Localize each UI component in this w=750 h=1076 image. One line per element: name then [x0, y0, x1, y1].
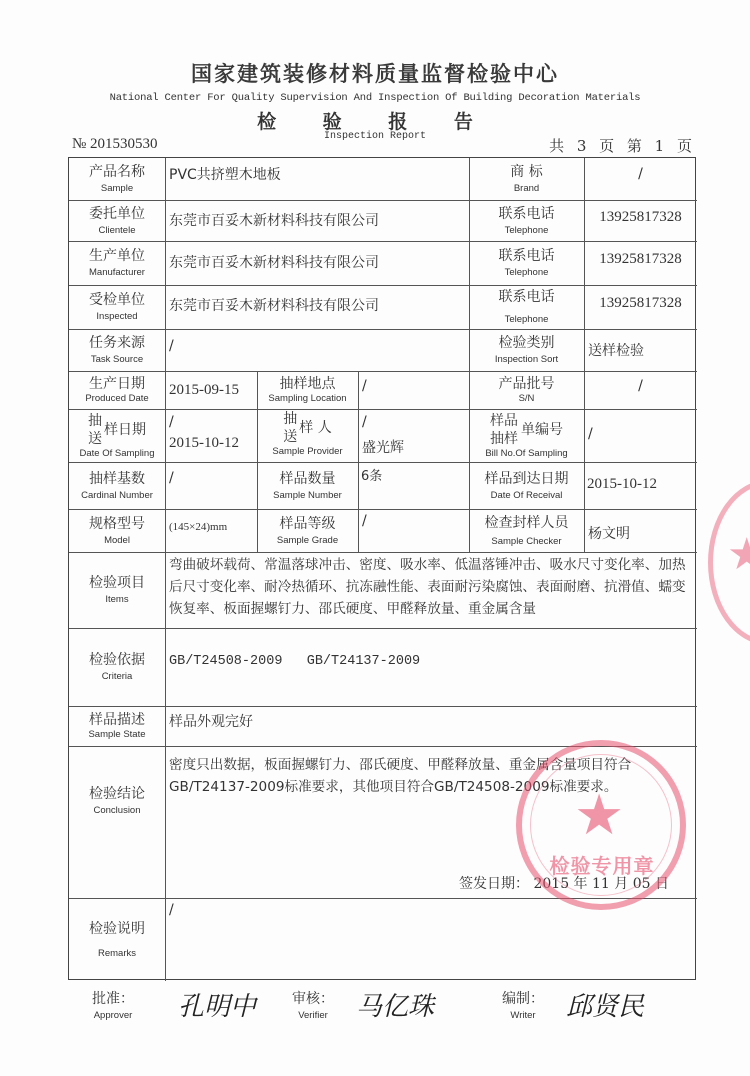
value-date-of-sampling-top: / [169, 414, 174, 430]
label-en: Sample [101, 183, 133, 195]
label-en: Brand [514, 183, 539, 195]
value-sample-number: 6条 [361, 465, 382, 484]
value-criteria: GB/T24508-2009 GB/T24137-2009 [169, 654, 420, 669]
value-sample-state: 样品外观完好 [169, 711, 253, 731]
label-en: Model [104, 535, 130, 547]
label-sample-provider: 抽 送 样 人 Sample Provider [257, 409, 358, 462]
approver-label: 批准： Approver [92, 988, 134, 1021]
value-sampling-location: / [362, 378, 367, 394]
col-divider [165, 158, 166, 981]
value-date-of-receival: 2015-10-12 [587, 476, 657, 493]
label-clientele-tel: 联系电话 Telephone [469, 200, 584, 241]
verifier-signature: 马亿珠 [356, 986, 434, 1023]
label-cn: 检查封样人员 [485, 514, 569, 532]
label-cn: 检验说明 [89, 920, 145, 938]
label-date-of-sampling: 抽 送 样日期 Date Of Sampling [69, 409, 165, 462]
label-inspected: 受检单位 Inspected [69, 285, 165, 329]
label-sample: 产品名称 Sample [69, 158, 165, 200]
header-org-cn: 国家建筑装修材料质量监督检验中心 [0, 58, 750, 88]
label-cn: 商 标 [510, 163, 542, 181]
value-brand: / [584, 166, 697, 182]
value-model: (145×24)mm [169, 521, 227, 533]
label-en: Cardinal Number [81, 490, 153, 502]
label-bill-no: 样品 抽样 单编号 Bill No.Of Sampling [469, 409, 584, 462]
label-cn: 样品数量 [280, 470, 336, 488]
label-en: Telephone [505, 267, 549, 279]
label-cn-top: 抽 [88, 412, 102, 430]
label-cn: 产品名称 [89, 163, 145, 181]
label-cn-bottom: 送 [283, 428, 297, 446]
value-conclusion: 密度只出数据，板面握螺钉力、邵氏硬度、甲醛释放量、重金属含量项目符合GB/T24… [169, 754, 693, 798]
label-en: Sampling Location [268, 393, 346, 405]
issue-date: 签发日期： 2015 年 11 月 05 日 [459, 873, 669, 893]
value-sample-provider-top: / [362, 414, 367, 430]
label-cn: 抽样基数 [89, 470, 145, 488]
value-sn: / [584, 378, 697, 394]
verifier-label: 审核： Verifier [292, 988, 334, 1021]
label-inspected-tel: 联系电话 Telephone [469, 285, 584, 329]
label-sn: 产品批号 S/N [469, 371, 584, 409]
label-en: Inspection Sort [495, 354, 558, 366]
label-items: 检验项目 Items [69, 552, 165, 628]
label-en: Clientele [99, 225, 136, 237]
value-task-source: / [169, 338, 174, 354]
label-cn: 检验项目 [89, 574, 145, 592]
label-cn: 批准： [92, 988, 134, 1008]
label-sample-grade: 样品等级 Sample Grade [257, 509, 358, 552]
label-inspection-sort: 检验类别 Inspection Sort [469, 329, 584, 371]
label-cardinal-number: 抽样基数 Cardinal Number [69, 462, 165, 509]
label-cn-bottom: 抽样 [490, 430, 518, 448]
label-en: Telephone [505, 314, 549, 326]
value-clientele: 东莞市百妥木新材料科技有限公司 [169, 210, 379, 230]
label-cn-top: 样品 [490, 412, 518, 430]
label-cn: 联系电话 [499, 205, 555, 223]
value-sample-grade: / [362, 513, 367, 529]
value-manufacturer-tel: 13925817328 [584, 251, 697, 268]
label-en: Remarks [98, 948, 136, 960]
label-en: Manufacturer [89, 267, 145, 279]
label-cn: 检验依据 [89, 651, 145, 669]
value-sample: PVC共挤塑木地板 [169, 164, 281, 184]
label-criteria: 检验依据 Criteria [69, 628, 165, 706]
label-en: S/N [519, 393, 535, 405]
label-cn: 抽样地点 [280, 375, 336, 393]
label-en: Produced Date [85, 393, 148, 405]
label-brand: 商 标 Brand [469, 158, 584, 200]
label-cn: 联系电话 [499, 288, 555, 306]
label-sample-checker: 检查封样人员 Sample Checker [469, 509, 584, 552]
label-remarks: 检验说明 Remarks [69, 898, 165, 981]
label-en: Task Source [91, 354, 143, 366]
label-clientele: 委托单位 Clientele [69, 200, 165, 241]
label-produced-date: 生产日期 Produced Date [69, 371, 165, 409]
value-bill-no: / [588, 426, 593, 442]
label-cn: 生产单位 [89, 247, 145, 265]
label-en: Approver [92, 1010, 134, 1021]
label-en: Writer [502, 1010, 544, 1021]
label-cn: 联系电话 [499, 247, 555, 265]
page-info: 共 3 页 第 1 页 [549, 135, 692, 156]
label-model: 规格型号 Model [69, 509, 165, 552]
value-inspected-tel: 13925817328 [584, 295, 697, 312]
value-remarks: / [169, 902, 174, 918]
label-cn-top: 抽 [283, 410, 297, 428]
label-task-source: 任务来源 Task Source [69, 329, 165, 371]
edge-seal-star-icon: ★ [727, 533, 750, 577]
value-manufacturer: 东莞市百妥木新材料科技有限公司 [169, 252, 379, 272]
approver-signature: 孔明中 [178, 986, 256, 1023]
label-en: Sample State [88, 729, 145, 741]
label-en: Date Of Receival [491, 490, 563, 502]
label-cn: 样 人 [299, 419, 331, 437]
col-divider [358, 371, 359, 552]
inspection-table: 产品名称 Sample PVC共挤塑木地板 商 标 Brand / 委托单位 C… [68, 157, 696, 980]
label-cn: 样品等级 [280, 515, 336, 533]
label-cn-bottom: 送 [88, 430, 102, 448]
label-cn: 受检单位 [89, 291, 145, 309]
label-cn: 规格型号 [89, 515, 145, 533]
label-cn: 编制： [502, 988, 544, 1008]
value-clientele-tel: 13925817328 [584, 209, 697, 226]
value-inspection-sort: 送样检验 [588, 340, 644, 360]
label-cn: 样日期 [104, 421, 146, 439]
label-sampling-location: 抽样地点 Sampling Location [257, 371, 358, 409]
writer-signature: 邱贤民 [566, 986, 644, 1023]
signature-area: 批准： Approver 孔明中 审核： Verifier 马亿珠 编制： Wr… [0, 986, 750, 1036]
report-title-cn: 检 验 报 告 [0, 107, 750, 134]
label-en: Sample Provider [272, 446, 342, 458]
value-cardinal-number: / [169, 470, 174, 486]
label-cn: 任务来源 [89, 334, 145, 352]
label-en: Verifier [292, 1010, 334, 1021]
label-en: Sample Number [273, 490, 342, 502]
edge-seal: ★ [708, 480, 750, 645]
value-inspected: 东莞市百妥木新材料科技有限公司 [169, 295, 379, 315]
label-manufacturer-tel: 联系电话 Telephone [469, 241, 584, 285]
label-cn: 样品描述 [89, 711, 145, 729]
label-en: Criteria [102, 671, 133, 683]
value-date-of-sampling: 2015-10-12 [169, 435, 239, 452]
label-en: Inspected [96, 311, 137, 323]
label-date-of-receival: 样品到达日期 Date Of Receival [469, 462, 584, 509]
writer-label: 编制： Writer [502, 988, 544, 1021]
label-cn: 审核： [292, 988, 334, 1008]
label-en: Telephone [505, 225, 549, 237]
label-cn: 单编号 [521, 421, 563, 439]
label-en: Sample Checker [491, 536, 561, 548]
label-en: Conclusion [94, 805, 141, 817]
value-sample-checker: 杨文明 [588, 523, 630, 543]
value-produced-date: 2015-09-15 [169, 382, 239, 399]
value-items: 弯曲破坏载荷、常温落球冲击、密度、吸水率、低温落锤冲击、吸水尺寸变化率、加热后尺… [169, 554, 693, 620]
label-cn: 生产日期 [89, 375, 145, 393]
label-cn: 委托单位 [89, 205, 145, 223]
header-org-en: National Center For Quality Supervision … [0, 92, 750, 104]
report-number: № 201530530 [72, 136, 158, 153]
label-en: Sample Grade [277, 535, 338, 547]
label-conclusion: 检验结论 Conclusion [69, 746, 165, 856]
label-en: Items [105, 594, 128, 606]
label-en: Bill No.Of Sampling [485, 448, 567, 460]
label-manufacturer: 生产单位 Manufacturer [69, 241, 165, 285]
label-sample-number: 样品数量 Sample Number [257, 462, 358, 509]
value-sample-provider: 盛光辉 [362, 437, 404, 457]
label-en: Date Of Sampling [80, 448, 155, 460]
label-cn: 产品批号 [499, 375, 555, 393]
label-cn: 检验结论 [89, 785, 145, 803]
label-cn: 检验类别 [499, 334, 555, 352]
label-cn: 样品到达日期 [485, 470, 569, 488]
label-sample-state: 样品描述 Sample State [69, 706, 165, 746]
